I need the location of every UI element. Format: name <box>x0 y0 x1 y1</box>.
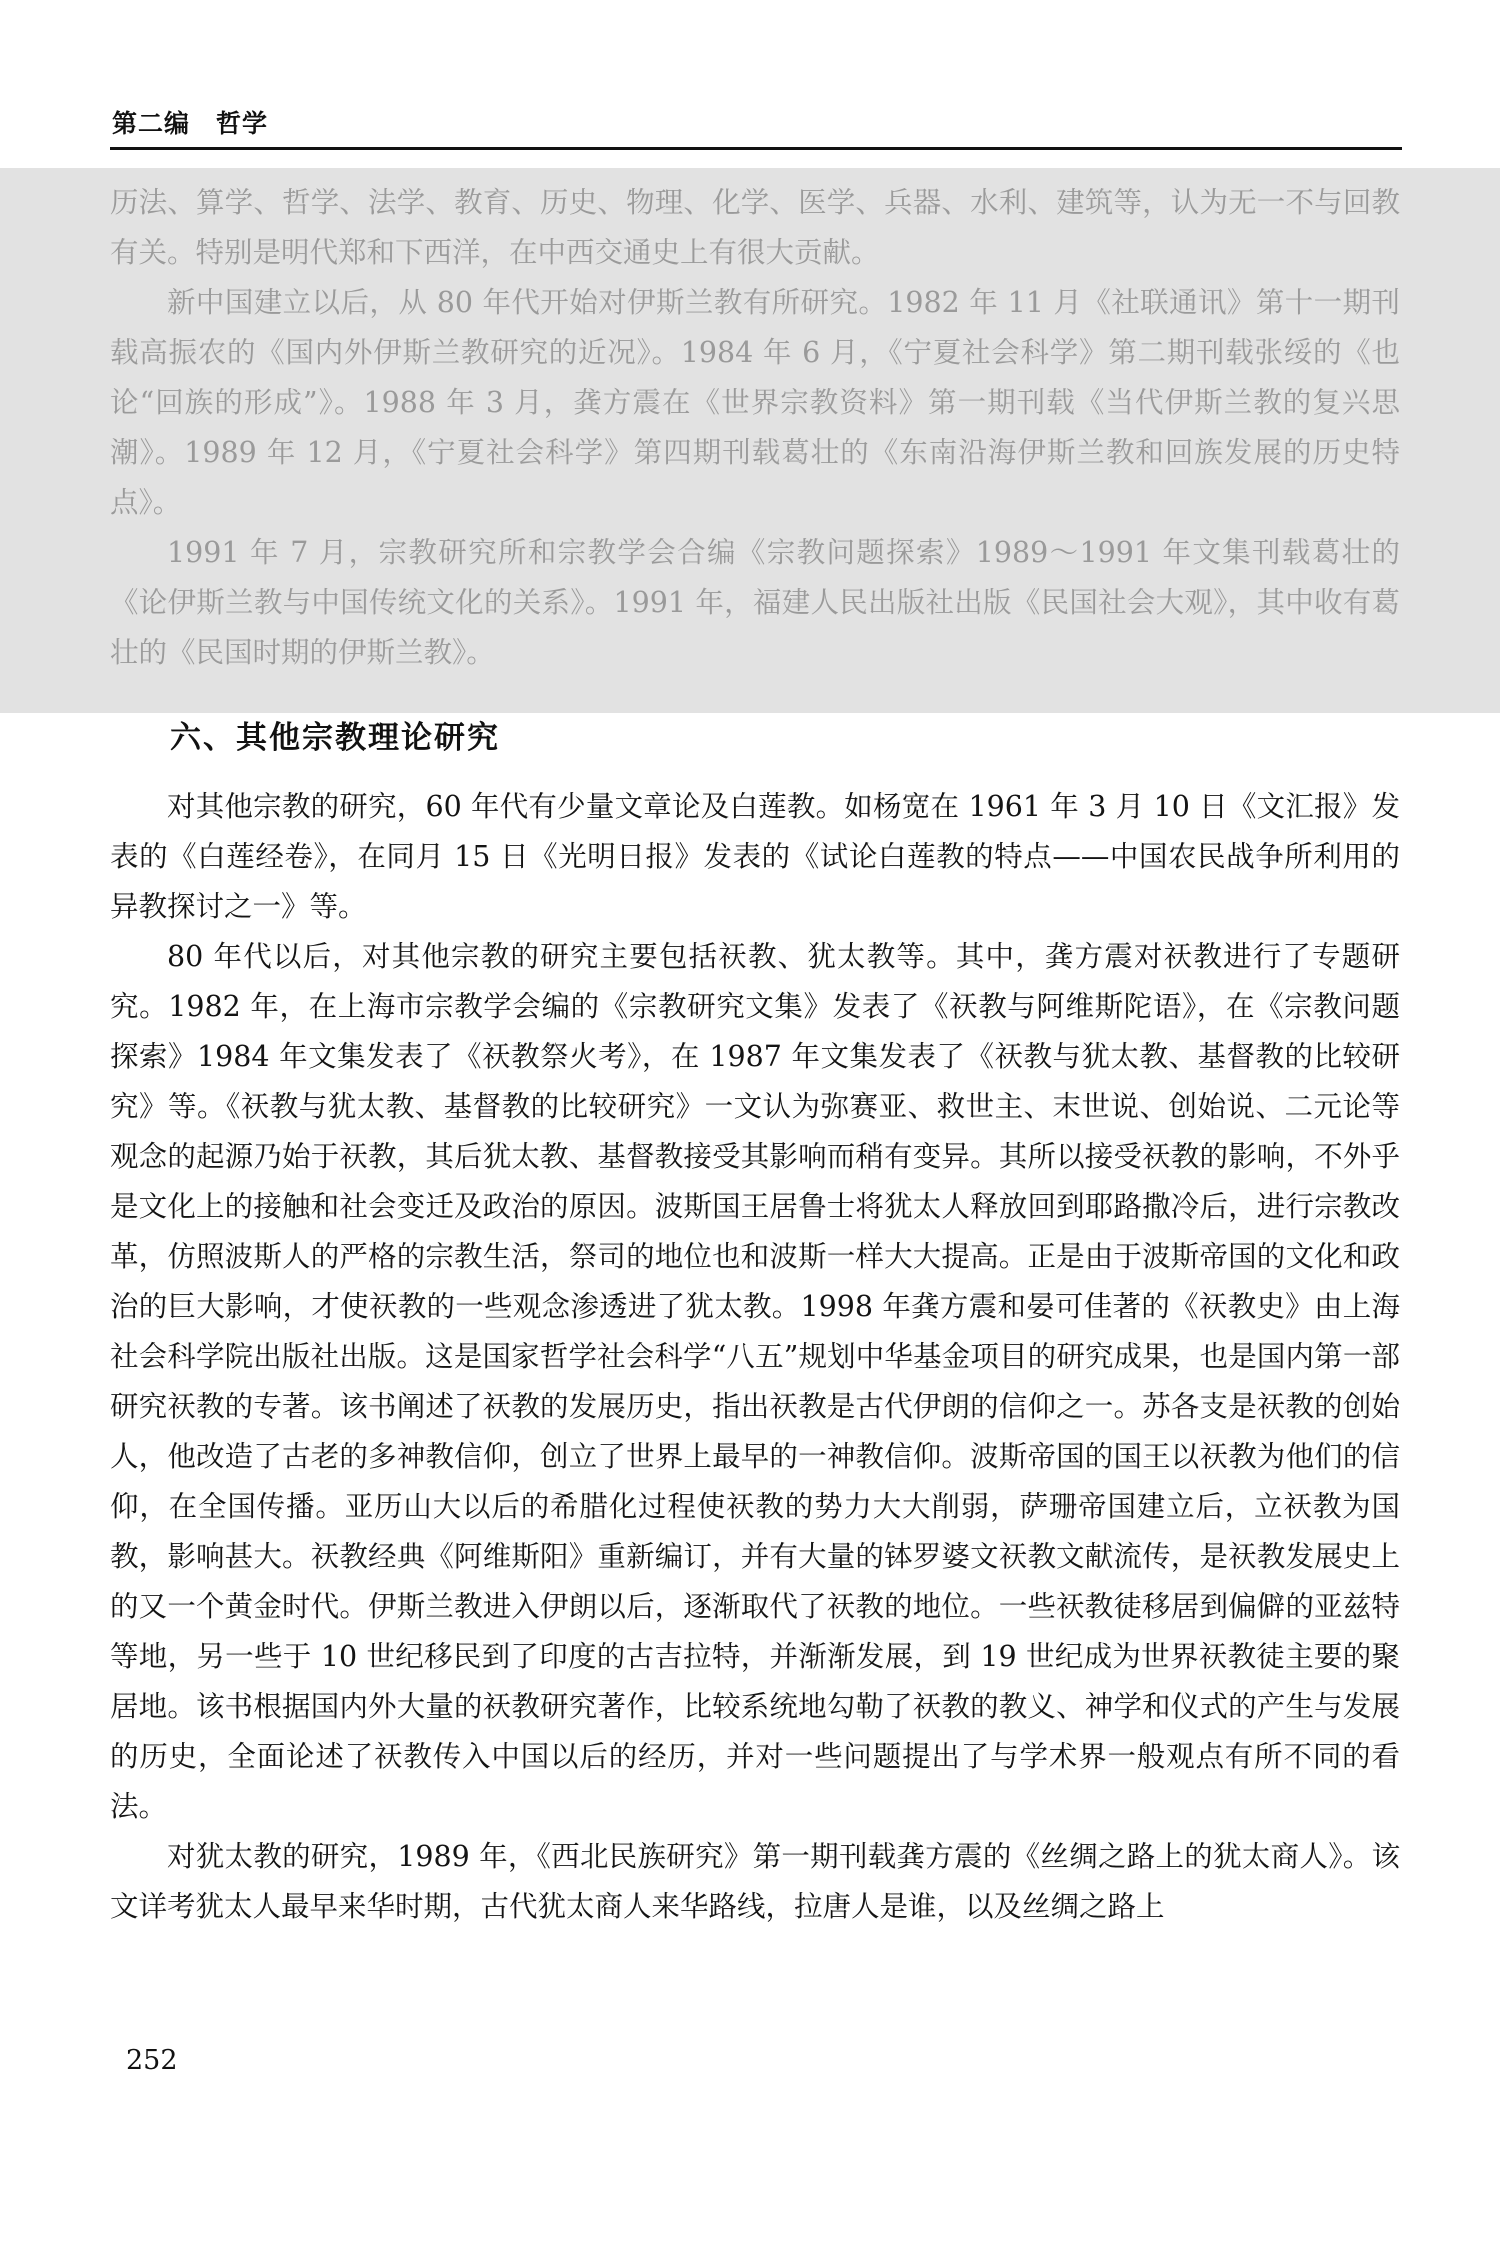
running-head-part: 第二编 <box>112 109 190 138</box>
page-number: 252 <box>126 2045 178 2076</box>
overlay-paragraph-1: 历法、算学、哲学、法学、教育、历史、物理、化学、医学、兵器、水利、建筑等，认为无… <box>110 178 1400 278</box>
body-paragraph-3: 对犹太教的研究，1989 年，《西北民族研究》第一期刊载龚方震的《丝绸之路上的犹… <box>110 1832 1400 1932</box>
body-paragraph-2: 80 年代以后，对其他宗教的研究主要包括祆教、犹太教等。其中，龚方震对祆教进行了… <box>110 932 1400 1832</box>
overlay-text-block: 历法、算学、哲学、法学、教育、历史、物理、化学、医学、兵器、水利、建筑等，认为无… <box>110 178 1400 678</box>
overlay-paragraph-2: 新中国建立以后，从 80 年代开始对伊斯兰教有所研究。1982 年 11 月《社… <box>110 278 1400 528</box>
header-rule <box>110 147 1402 150</box>
running-head-subject: 哲学 <box>216 109 268 138</box>
section-heading: 六、其他宗教理论研究 <box>170 712 500 757</box>
running-head: 第二编哲学 <box>112 104 268 140</box>
overlay-paragraph-3: 1991 年 7 月，宗教研究所和宗教学会合编《宗教问题探索》1989～1991… <box>110 528 1400 678</box>
body-paragraph-1: 对其他宗教的研究，60 年代有少量文章论及白莲教。如杨宽在 1961 年 3 月… <box>110 782 1400 932</box>
section-body: 对其他宗教的研究，60 年代有少量文章论及白莲教。如杨宽在 1961 年 3 月… <box>110 782 1400 1932</box>
